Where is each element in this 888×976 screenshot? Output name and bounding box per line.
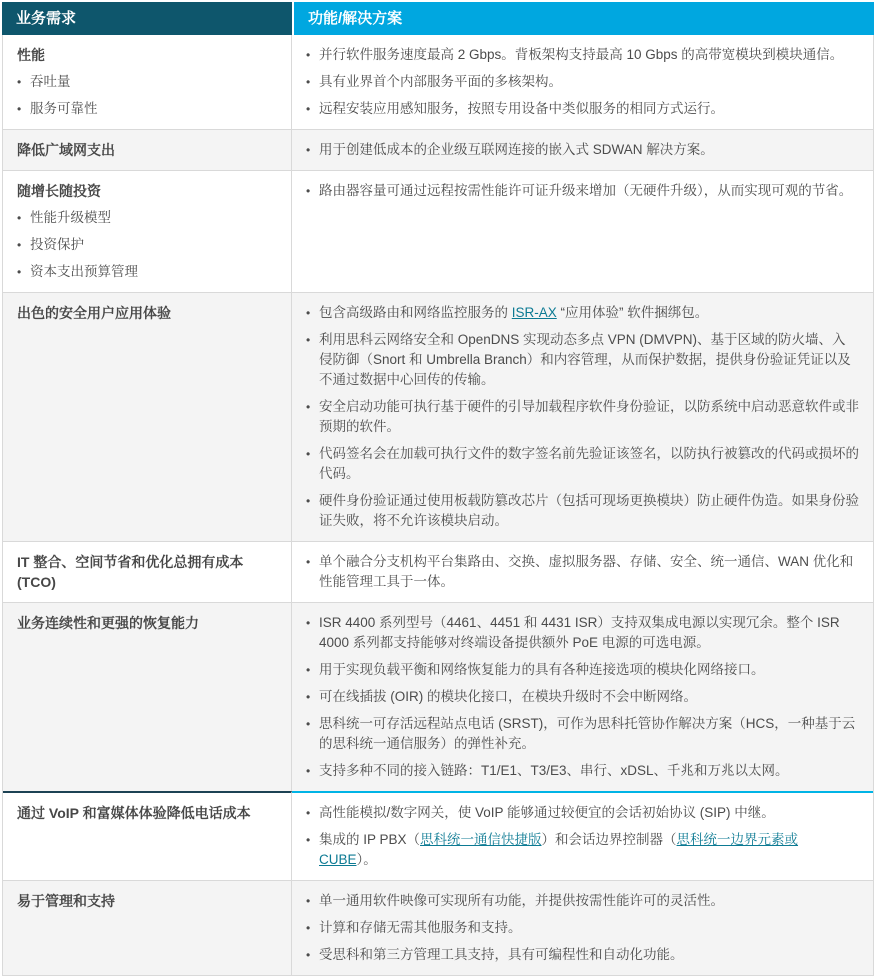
bullet-dot-icon: •	[306, 660, 319, 680]
table-body: 性能•吞吐量•服务可靠性•并行软件服务速度最高 2 Gbps。背板架构支持最高 …	[2, 35, 874, 976]
table-header-row: 业务需求 功能/解决方案	[2, 2, 874, 35]
bullet-dot-icon: •	[17, 99, 30, 119]
business-need-cell: 出色的安全用户应用体验	[3, 292, 292, 541]
business-need-title: 出色的安全用户应用体验	[17, 303, 277, 323]
inline-link[interactable]: 思科统一通信快捷版	[420, 832, 542, 847]
bullet-dot-icon: •	[306, 491, 319, 531]
solution-bullet-text: 代码签名会在加载可执行文件的数字签名前先验证该签名，以防执行被篡改的代码或损坏的…	[319, 444, 859, 484]
solution-bullet-text: 单一通用软件映像可实现所有功能，并提供按需性能许可的灵活性。	[319, 891, 859, 911]
column-header-solutions: 功能/解决方案	[294, 2, 874, 35]
bullet-dot-icon: •	[306, 613, 319, 653]
solution-bullet-item: •安全启动功能可执行基于硬件的引导加载程序软件身份验证，以防系统中启动恶意软件或…	[306, 397, 859, 437]
table-row: 通过 VoIP 和富媒体体验降低电话成本•高性能模拟/数字网关，使 VoIP 能…	[3, 791, 873, 880]
table-row: 出色的安全用户应用体验•包含高级路由和网络监控服务的 ISR-AX “应用体验”…	[3, 292, 873, 541]
bullet-dot-icon: •	[306, 891, 319, 911]
need-bullet-item: •吞吐量	[17, 72, 277, 92]
solution-bullet-item: •利用思科云网络安全和 OpenDNS 实现动态多点 VPN (DMVPN)、基…	[306, 330, 859, 390]
bullet-dot-icon: •	[306, 687, 319, 707]
business-need-title: 降低广域网支出	[17, 140, 277, 160]
solution-bullet-item: •ISR 4400 系列型号（4461、4451 和 4431 ISR）支持双集…	[306, 613, 859, 653]
solution-bullet-text: 利用思科云网络安全和 OpenDNS 实现动态多点 VPN (DMVPN)、基于…	[319, 330, 859, 390]
bullet-dot-icon: •	[306, 140, 319, 160]
bullet-dot-icon: •	[306, 45, 319, 65]
solution-bullet-text: 用于创建低成本的企业级互联网连接的嵌入式 SDWAN 解决方案。	[319, 140, 859, 160]
bullet-dot-icon: •	[306, 918, 319, 938]
solution-bullet-text: 可在线插拔 (OIR) 的模块化接口，在模块升级时不会中断网络。	[319, 687, 859, 707]
bullet-dot-icon: •	[17, 235, 30, 255]
solutions-cell: •并行软件服务速度最高 2 Gbps。背板架构支持最高 10 Gbps 的高带宽…	[292, 35, 873, 129]
solution-bullet-text: 计算和存储无需其他服务和支持。	[319, 918, 859, 938]
solution-bullet-text: 并行软件服务速度最高 2 Gbps。背板架构支持最高 10 Gbps 的高带宽模…	[319, 45, 859, 65]
solution-bullet-item: •高性能模拟/数字网关，使 VoIP 能够通过较便宜的会话初始协议 (SIP) …	[306, 803, 859, 823]
business-need-cell: 易于管理和支持	[3, 880, 292, 975]
solution-bullet-text: 远程安装应用感知服务，按照专用设备中类似服务的相同方式运行。	[319, 99, 859, 119]
bullet-dot-icon: •	[17, 208, 30, 228]
solution-bullet-item: •受思科和第三方管理工具支持，具有可编程性和自动化功能。	[306, 945, 859, 965]
solution-bullet-text: 用于实现负载平衡和网络恢复能力的具有各种连接选项的模块化网络接口。	[319, 660, 859, 680]
business-need-cell: 随增长随投资•性能升级模型•投资保护•资本支出预算管理	[3, 170, 292, 292]
business-need-title: 业务连续性和更强的恢复能力	[17, 613, 277, 633]
solution-bullet-item: •用于实现负载平衡和网络恢复能力的具有各种连接选项的模块化网络接口。	[306, 660, 859, 680]
business-need-title: 随增长随投资	[17, 181, 277, 201]
solution-bullet-item: •单个融合分支机构平台集路由、交换、虚拟服务器、存储、安全、统一通信、WAN 优…	[306, 552, 859, 592]
solution-bullet-text: ISR 4400 系列型号（4461、4451 和 4431 ISR）支持双集成…	[319, 613, 859, 653]
solution-bullet-item: •集成的 IP PBX（思科统一通信快捷版）和会话边界控制器（思科统一边界元素或…	[306, 830, 859, 870]
solution-bullet-text: 单个融合分支机构平台集路由、交换、虚拟服务器、存储、安全、统一通信、WAN 优化…	[319, 552, 859, 592]
business-need-title: 通过 VoIP 和富媒体体验降低电话成本	[17, 803, 277, 823]
bullet-dot-icon: •	[306, 714, 319, 754]
solution-bullet-text: 路由器容量可通过远程按需性能许可证升级来增加（无硬件升级），从而实现可观的节省。	[319, 181, 859, 201]
solution-bullet-item: •可在线插拔 (OIR) 的模块化接口，在模块升级时不会中断网络。	[306, 687, 859, 707]
solution-bullet-item: •路由器容量可通过远程按需性能许可证升级来增加（无硬件升级），从而实现可观的节省…	[306, 181, 859, 201]
table-row: IT 整合、空间节省和优化总拥有成本 (TCO)•单个融合分支机构平台集路由、交…	[3, 541, 873, 602]
inline-link[interactable]: ISR-AX	[512, 305, 557, 320]
bullet-dot-icon: •	[306, 397, 319, 437]
inline-link[interactable]: 思科统一边界元素或 CUBE	[319, 832, 798, 867]
bullet-dot-icon: •	[306, 803, 319, 823]
solution-bullet-item: •单一通用软件映像可实现所有功能，并提供按需性能许可的灵活性。	[306, 891, 859, 911]
solutions-cell: •包含高级路由和网络监控服务的 ISR-AX “应用体验” 软件捆绑包。•利用思…	[292, 292, 873, 541]
bullet-dot-icon: •	[17, 262, 30, 282]
business-need-cell: 性能•吞吐量•服务可靠性	[3, 35, 292, 129]
need-bullet-text: 资本支出预算管理	[30, 262, 277, 282]
business-need-cell: IT 整合、空间节省和优化总拥有成本 (TCO)	[3, 541, 292, 602]
solution-bullet-text: 集成的 IP PBX（思科统一通信快捷版）和会话边界控制器（思科统一边界元素或 …	[319, 830, 859, 870]
solutions-cell: •ISR 4400 系列型号（4461、4451 和 4431 ISR）支持双集…	[292, 602, 873, 791]
solution-bullet-item: •包含高级路由和网络监控服务的 ISR-AX “应用体验” 软件捆绑包。	[306, 303, 859, 323]
need-bullet-item: •服务可靠性	[17, 99, 277, 119]
bullet-dot-icon: •	[306, 830, 319, 870]
solution-bullet-item: •计算和存储无需其他服务和支持。	[306, 918, 859, 938]
bullet-dot-icon: •	[306, 330, 319, 390]
table-row: 降低广域网支出•用于创建低成本的企业级互联网连接的嵌入式 SDWAN 解决方案。	[3, 129, 873, 170]
solution-bullet-item: •远程安装应用感知服务，按照专用设备中类似服务的相同方式运行。	[306, 99, 859, 119]
need-bullet-item: •资本支出预算管理	[17, 262, 277, 282]
solution-bullet-text: 支持多种不同的接入链路：T1/E1、T3/E3、串行、xDSL、千兆和万兆以太网…	[319, 761, 859, 781]
solution-bullet-item: •思科统一可存活远程站点电话 (SRST)，可作为思科托管协作解决方案（HCS，…	[306, 714, 859, 754]
solutions-cell: •单个融合分支机构平台集路由、交换、虚拟服务器、存储、安全、统一通信、WAN 优…	[292, 541, 873, 602]
need-bullet-text: 服务可靠性	[30, 99, 277, 119]
bullet-dot-icon: •	[306, 181, 319, 201]
bullet-dot-icon: •	[306, 99, 319, 119]
solution-bullet-item: •代码签名会在加载可执行文件的数字签名前先验证该签名，以防执行被篡改的代码或损坏…	[306, 444, 859, 484]
solution-bullet-item: •具有业界首个内部服务平面的多核架构。	[306, 72, 859, 92]
solution-bullet-text: 包含高级路由和网络监控服务的 ISR-AX “应用体验” 软件捆绑包。	[319, 303, 859, 323]
solution-bullet-item: •支持多种不同的接入链路：T1/E1、T3/E3、串行、xDSL、千兆和万兆以太…	[306, 761, 859, 781]
features-table: 业务需求 功能/解决方案 性能•吞吐量•服务可靠性•并行软件服务速度最高 2 G…	[2, 2, 874, 976]
business-need-title: IT 整合、空间节省和优化总拥有成本 (TCO)	[17, 552, 277, 592]
need-bullet-item: •投资保护	[17, 235, 277, 255]
solutions-cell: •高性能模拟/数字网关，使 VoIP 能够通过较便宜的会话初始协议 (SIP) …	[292, 791, 873, 880]
solutions-cell: •用于创建低成本的企业级互联网连接的嵌入式 SDWAN 解决方案。	[292, 129, 873, 170]
table-row: 业务连续性和更强的恢复能力•ISR 4400 系列型号（4461、4451 和 …	[3, 602, 873, 791]
business-need-cell: 业务连续性和更强的恢复能力	[3, 602, 292, 791]
business-need-title: 易于管理和支持	[17, 891, 277, 911]
bullet-dot-icon: •	[306, 761, 319, 781]
need-bullet-text: 投资保护	[30, 235, 277, 255]
business-need-cell: 通过 VoIP 和富媒体体验降低电话成本	[3, 791, 292, 880]
solution-bullet-item: •用于创建低成本的企业级互联网连接的嵌入式 SDWAN 解决方案。	[306, 140, 859, 160]
need-bullet-text: 吞吐量	[30, 72, 277, 92]
solution-bullet-text: 思科统一可存活远程站点电话 (SRST)，可作为思科托管协作解决方案（HCS，一…	[319, 714, 859, 754]
solution-bullet-text: 具有业界首个内部服务平面的多核架构。	[319, 72, 859, 92]
column-header-business-needs: 业务需求	[2, 2, 292, 35]
bullet-dot-icon: •	[306, 945, 319, 965]
business-need-cell: 降低广域网支出	[3, 129, 292, 170]
solutions-cell: •路由器容量可通过远程按需性能许可证升级来增加（无硬件升级），从而实现可观的节省…	[292, 170, 873, 292]
bullet-dot-icon: •	[306, 303, 319, 323]
solution-bullet-text: 受思科和第三方管理工具支持，具有可编程性和自动化功能。	[319, 945, 859, 965]
bullet-dot-icon: •	[306, 552, 319, 592]
solutions-cell: •单一通用软件映像可实现所有功能，并提供按需性能许可的灵活性。•计算和存储无需其…	[292, 880, 873, 975]
solution-bullet-item: •硬件身份验证通过使用板载防篡改芯片（包括可现场更换模块）防止硬件伪造。如果身份…	[306, 491, 859, 531]
bullet-dot-icon: •	[17, 72, 30, 92]
solution-bullet-text: 硬件身份验证通过使用板载防篡改芯片（包括可现场更换模块）防止硬件伪造。如果身份验…	[319, 491, 859, 531]
need-bullet-item: •性能升级模型	[17, 208, 277, 228]
bullet-dot-icon: •	[306, 72, 319, 92]
table-row: 随增长随投资•性能升级模型•投资保护•资本支出预算管理•路由器容量可通过远程按需…	[3, 170, 873, 292]
solution-bullet-text: 安全启动功能可执行基于硬件的引导加载程序软件身份验证，以防系统中启动恶意软件或非…	[319, 397, 859, 437]
need-bullet-text: 性能升级模型	[30, 208, 277, 228]
bullet-dot-icon: •	[306, 444, 319, 484]
solution-bullet-item: •并行软件服务速度最高 2 Gbps。背板架构支持最高 10 Gbps 的高带宽…	[306, 45, 859, 65]
table-row: 性能•吞吐量•服务可靠性•并行软件服务速度最高 2 Gbps。背板架构支持最高 …	[3, 35, 873, 129]
solution-bullet-text: 高性能模拟/数字网关，使 VoIP 能够通过较便宜的会话初始协议 (SIP) 中…	[319, 803, 859, 823]
business-need-title: 性能	[17, 45, 277, 65]
